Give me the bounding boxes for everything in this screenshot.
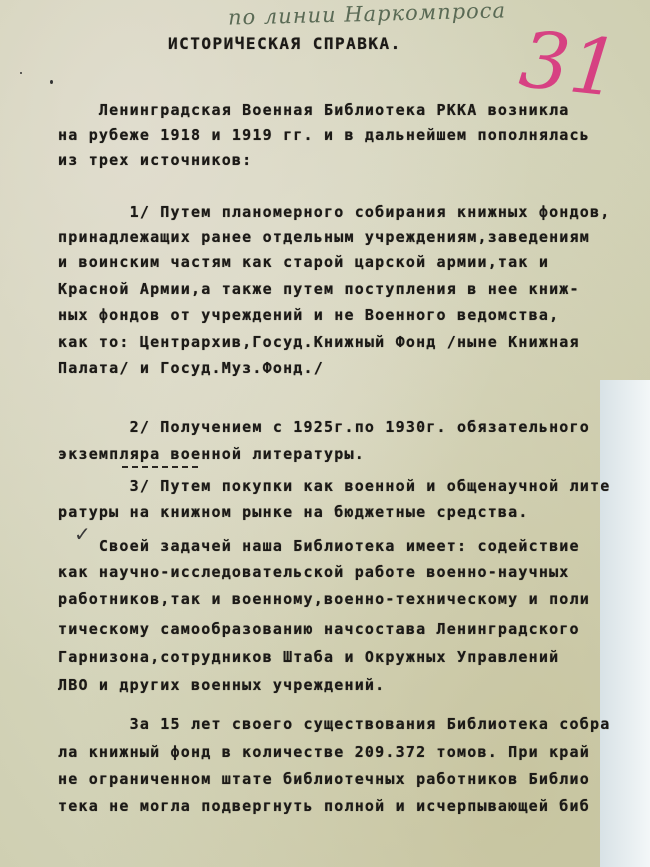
typed-line: работников,так и военному,военно-техниче… [58, 592, 590, 607]
typed-line: Своей задачей наша Библиотека имеет: сод… [58, 539, 580, 554]
typed-line: 3/ Путем покупки как военной и общенаучн… [58, 479, 610, 494]
typed-line: как то: Центрархив,Госуд.Книжный Фонд /н… [58, 335, 580, 350]
ink-speck [50, 80, 53, 84]
typed-line: как научно-исследовательской работе воен… [58, 565, 570, 580]
typed-line: ных фондов от учреждений и не Военного в… [58, 308, 559, 323]
underline-mark [122, 466, 198, 468]
typed-line: на рубеже 1918 и 1919 гг. и в дальнейшем… [58, 128, 590, 143]
typed-line: ратуры на книжном рынке на бюджетные сре… [58, 505, 529, 520]
typed-line: Красной Армии,а также путем поступления … [58, 282, 580, 297]
background-edge [600, 380, 650, 867]
checkmark-icon: ✓ [74, 522, 91, 546]
typed-line: из трех источников: [58, 153, 252, 168]
typed-line: 1/ Путем планомерного собирания книжных … [58, 205, 610, 220]
typed-line: Палата/ и Госуд.Муз.Фонд./ [58, 361, 324, 376]
folio-number: 31 [516, 21, 623, 109]
typed-line: принадлежащих ранее отдельным учреждения… [58, 230, 590, 245]
typed-line: тека не могла подвергнуть полной и исчер… [58, 799, 590, 814]
typed-line: не ограниченном штате библиотечных работ… [58, 772, 590, 787]
typed-line: Гарнизона,сотрудников Штаба и Окружных У… [58, 650, 559, 665]
typed-line: экземпляра военной литературы. [58, 447, 365, 462]
document-title: ИСТОРИЧЕСКАЯ СПРАВКА. [168, 36, 402, 52]
typed-line: и воинским частям как старой царской арм… [58, 255, 549, 270]
typed-line: ЛВО и других военных учреждений. [58, 678, 385, 693]
typed-line: Ленинградская Военная Библиотека РККА во… [58, 103, 570, 118]
typed-line: тическому самообразованию начсостава Лен… [58, 622, 580, 637]
ink-speck [20, 72, 22, 74]
typed-line: ла книжный фонд в количестве 209.372 том… [58, 745, 590, 760]
typed-line: За 15 лет своего существования Библиотек… [58, 717, 610, 732]
typed-line: 2/ Получением с 1925г.по 1930г. обязател… [58, 420, 590, 435]
